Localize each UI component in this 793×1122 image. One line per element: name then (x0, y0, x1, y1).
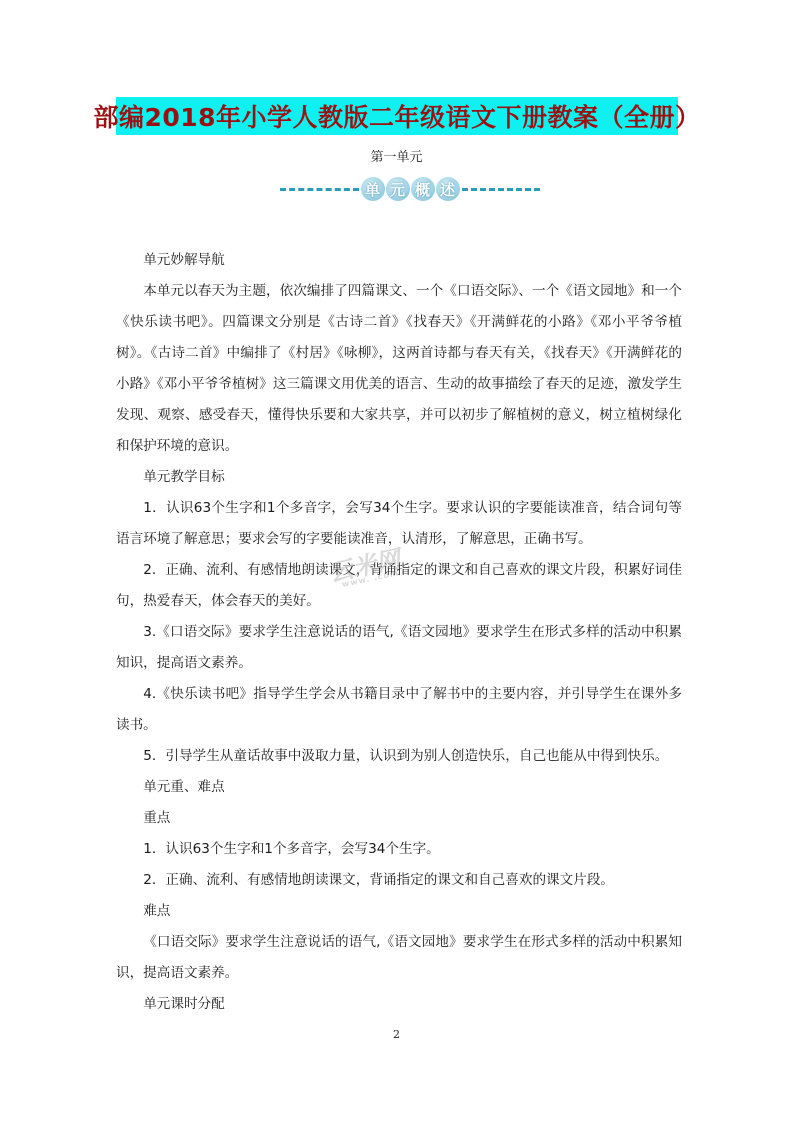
subsection-heading: 重点 (116, 803, 682, 834)
badge-char: 单 (361, 177, 385, 201)
document-body: 单元妙解导航 本单元以春天为主题，依次编排了四篇课文、一个《口语交际》、一个《语… (116, 245, 682, 1020)
section-heading: 单元课时分配 (116, 989, 682, 1020)
badge-char: 述 (436, 177, 460, 201)
page-number: 2 (0, 1028, 793, 1041)
section-divider: 单 元 概 述 (280, 176, 540, 202)
paragraph: 3.《口语交际》要求学生注意说话的语气,《语文园地》要求学生在形式多样的活动中积… (116, 617, 682, 679)
document-title: 部编2018年小学人教版二年级语文下册教案（全册） (93, 98, 700, 134)
paragraph: 本单元以春天为主题，依次编排了四篇课文、一个《口语交际》、一个《语文园地》和一个… (116, 276, 682, 462)
section-heading: 单元教学目标 (116, 462, 682, 493)
subsection-heading: 难点 (116, 896, 682, 927)
paragraph: 2．正确、流利、有感情地朗读课文，背诵指定的课文和自己喜欢的课文片段，积累好词佳… (116, 555, 682, 617)
paragraph: 《口语交际》要求学生注意说话的语气,《语文园地》要求学生在形式多样的活动中积累知… (116, 927, 682, 989)
badge-char: 概 (411, 177, 435, 201)
paragraph: 5．引导学生从童话故事中汲取力量，认识到为别人创造快乐，自己也能从中得到快乐。 (116, 741, 682, 772)
dashed-line-right (462, 188, 541, 191)
paragraph: 4.《快乐读书吧》指导学生学会从书籍目录中了解书中的主要内容，并引导学生在课外多… (116, 679, 682, 741)
section-badge: 单 元 概 述 (361, 177, 460, 201)
paragraph: 2．正确、流利、有感情地朗读课文，背诵指定的课文和自己喜欢的课文片段。 (116, 865, 682, 896)
unit-heading: 第一单元 (0, 146, 793, 165)
section-heading: 单元妙解导航 (116, 245, 682, 276)
dashed-line-left (280, 188, 359, 191)
paragraph: 1．认识63个生字和1个多音字，会写34个生字。要求认识的字要能读准音，结合词句… (116, 493, 682, 555)
section-heading: 单元重、难点 (116, 772, 682, 803)
title-banner: 部编2018年小学人教版二年级语文下册教案（全册） (116, 97, 678, 135)
badge-char: 元 (386, 177, 410, 201)
paragraph: 1．认识63个生字和1个多音字，会写34个生字。 (116, 834, 682, 865)
